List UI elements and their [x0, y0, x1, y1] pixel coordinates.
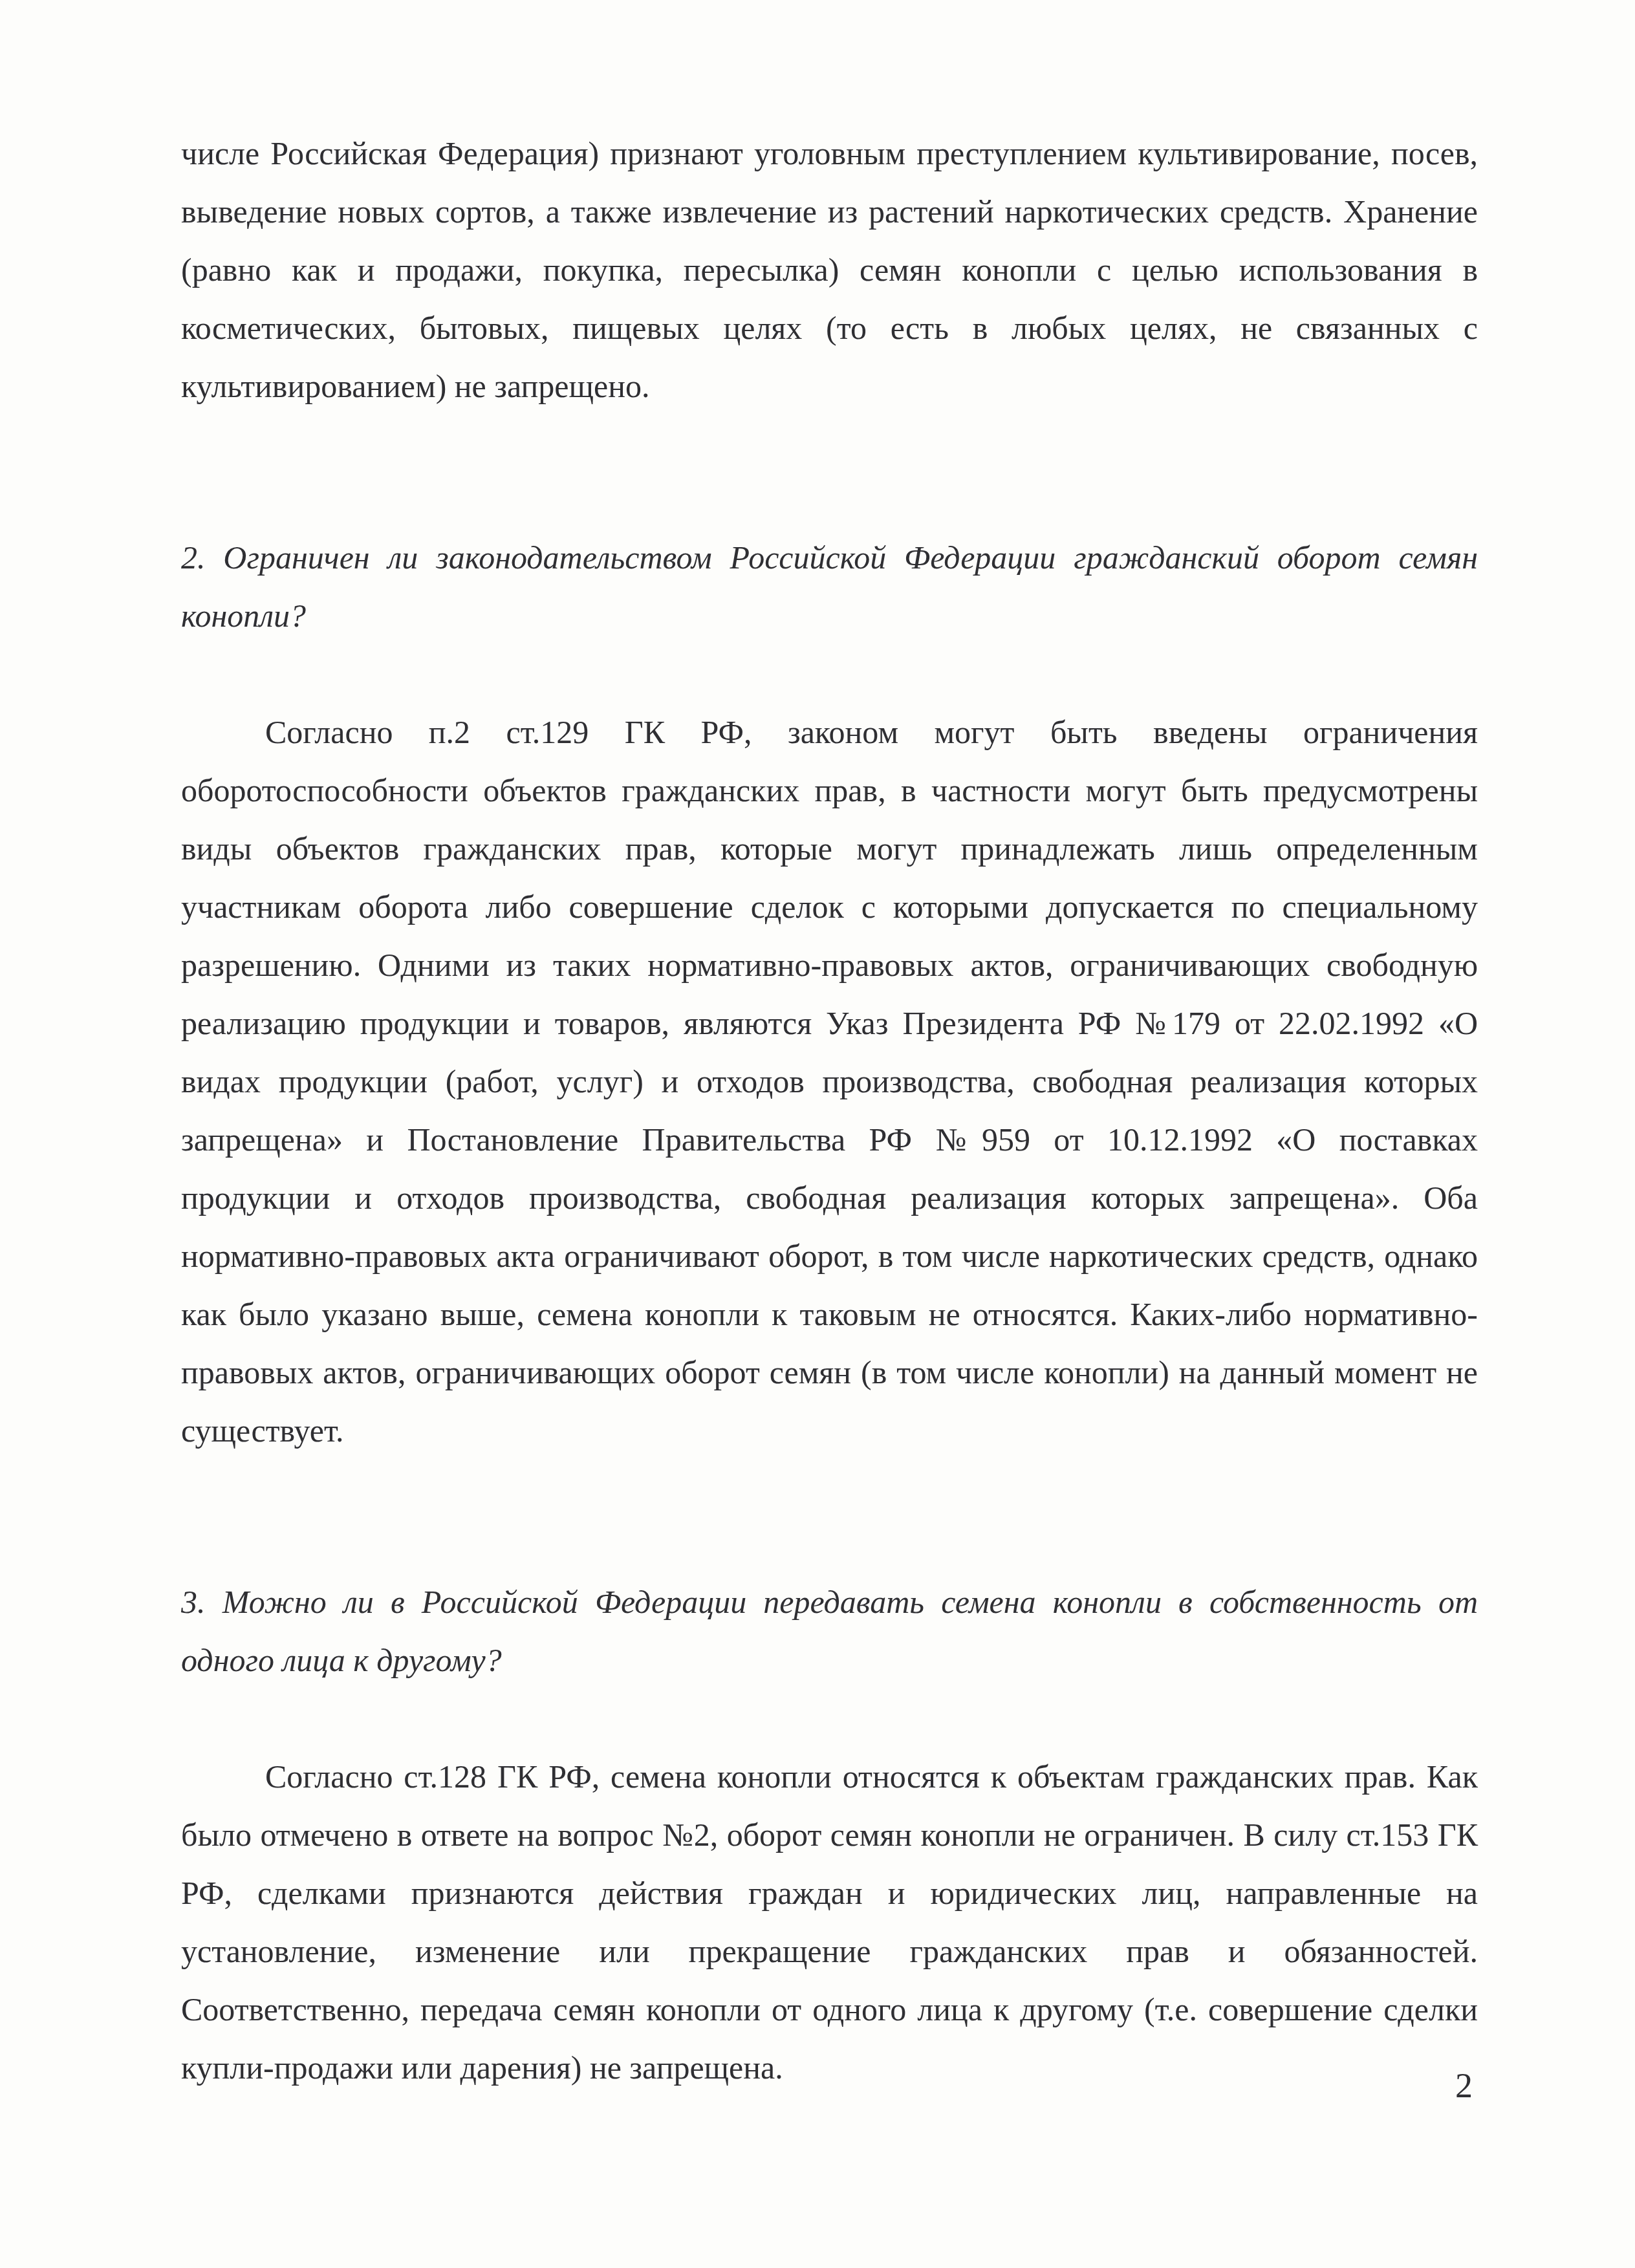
answer-paragraph: Согласно ст.128 ГК РФ, семена конопли от… — [181, 1747, 1478, 2097]
answer-paragraph: Согласно п.2 ст.129 ГК РФ, законом могут… — [181, 703, 1478, 1460]
spacer — [181, 415, 1478, 528]
intro-paragraph: числе Российская Федерация) признают уго… — [181, 124, 1478, 415]
document-page: числе Российская Федерация) признают уго… — [181, 124, 1478, 2097]
spacer — [181, 1689, 1478, 1747]
question-heading: 2. Ограничен ли законодательством Россий… — [181, 528, 1478, 645]
question-heading: 3. Можно ли в Российской Федерации перед… — [181, 1573, 1478, 1689]
page-number: 2 — [1455, 2066, 1473, 2105]
section-question-2: 2. Ограничен ли законодательством Россий… — [181, 528, 1478, 1460]
spacer — [181, 1460, 1478, 1573]
section-question-3: 3. Можно ли в Российской Федерации перед… — [181, 1573, 1478, 2097]
spacer — [181, 645, 1478, 703]
